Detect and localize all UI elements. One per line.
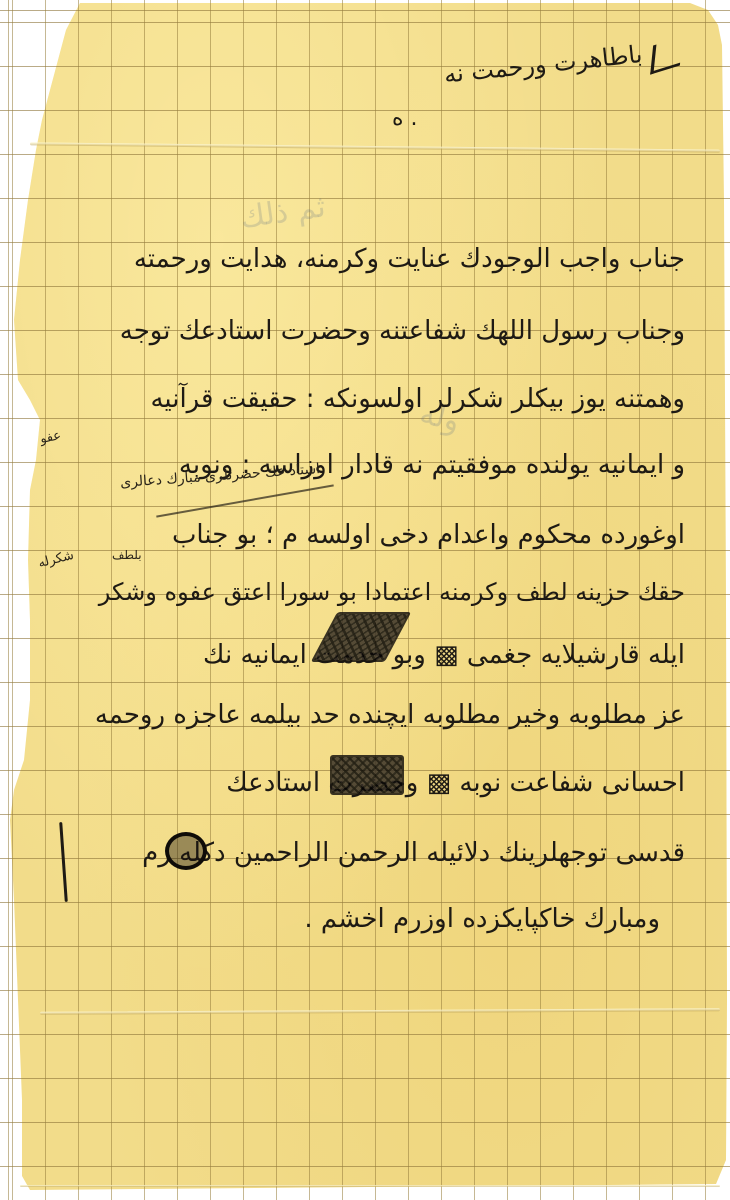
body-line-9: احسانى شفاعت نوبه ▩ وحضرت استادعك xyxy=(226,768,685,798)
body-line-6: حقك حزينه لطف وكرمنه اعتمادا بو سورا اعت… xyxy=(99,578,685,606)
body-line-2: وجناب رسول اللهك شفاعتنه وحضرت استادعك ت… xyxy=(120,316,685,346)
margin-annotation: شكرله xyxy=(37,548,76,571)
body-line-1: جناب واجب الوجودك عنايت وكرمنه، هدايت ور… xyxy=(134,244,685,274)
body-line-8: عز مطلوبه وخير مطلوبه ايچنده حد بيلمه عا… xyxy=(95,700,685,730)
body-line-3: وهمتنه يوز بيكلر شكرلر اولسونكه : حقيقت … xyxy=(150,384,685,414)
body-line-10: قدسى توجهلرينك دلائيله الرحمن الراحمين د… xyxy=(142,838,685,868)
body-line-7: ايله قارشيلايه جغمى ▩ وبو خدمت ايمانيه ن… xyxy=(203,640,685,670)
annotation-insertion-stroke xyxy=(156,484,334,517)
superscript-annotation: بلطف xyxy=(112,548,142,562)
document-stage: ثم ذلك وله باطاهرت ورحمت نه ه . جناب واج… xyxy=(0,0,730,1200)
crossed-out-word xyxy=(330,755,404,795)
body-line-5: اوغورده محكوم واعدام دخى اولسه م ؛ بو جن… xyxy=(172,520,685,550)
letter-heading: باطاهرت ورحمت نه xyxy=(442,40,643,89)
heading-sub-mark: ه . xyxy=(392,106,418,131)
handwriting-layer: باطاهرت ورحمت نه ه . جناب واجب الوجودك ع… xyxy=(0,0,730,1200)
ink-blot xyxy=(165,832,207,870)
margin-pen-stroke xyxy=(59,822,68,902)
margin-annotation: عفو xyxy=(39,428,63,447)
body-line-11: ومبارك خاكپايكزده اوزرم اخشم . xyxy=(304,904,660,934)
heading-stroke-mark xyxy=(650,36,683,74)
